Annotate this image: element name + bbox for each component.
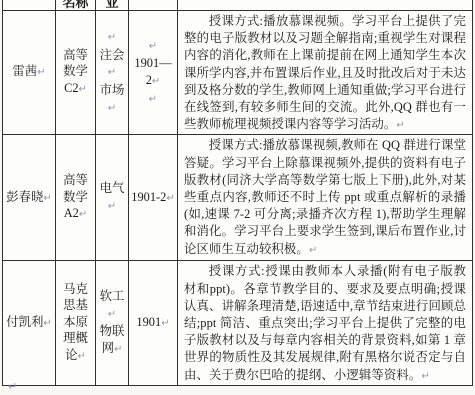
course-name-cell[interactable]: 高等 数学 A2↵ xyxy=(56,135,96,261)
major-cell[interactable]: 软工↵ 物联 网↵ xyxy=(96,261,129,385)
header-major-label: 业 xyxy=(105,0,118,10)
table-row: 彭春晓↵ 高等 数学 A2↵ 电气↵ 1901-2↵ 授课方式:播放慕课视频,教… xyxy=(3,135,473,261)
document-page: 名称 业 雷茜↵ 高等 数学 C2↵ ↵ 注会↵ 市场↵ ↵ 1901—2↵ ↵… xyxy=(0,0,475,395)
major-cell[interactable]: ↵ 注会↵ 市场↵ xyxy=(96,11,129,135)
class-cell[interactable]: 1901↵ xyxy=(129,261,178,385)
teaching-method-paragraph[interactable]: 授课方式:播放慕课视频。学习平台上提供了完整的电子版教材以及习题全解指南;重视学… xyxy=(184,13,466,134)
table-row: 雷茜↵ 高等 数学 C2↵ ↵ 注会↵ 市场↵ ↵ 1901—2↵ ↵ 授课方式… xyxy=(3,11,473,135)
table-row: 付凯利↵ 马克 思基 本原 理概 论↵ 软工↵ 物联 网↵ 1901↵ 授课方式… xyxy=(3,261,473,385)
teacher-name-cell[interactable]: 付凯利↵ xyxy=(3,261,56,385)
header-major-cell: 业 xyxy=(96,0,129,11)
teaching-method-cell[interactable]: 授课方式:授课由教师本人录播(附有电子版教材和ppt)。各章节教学目的、要求及要… xyxy=(178,261,473,385)
class-cell[interactable]: ↵ 1901—2↵ ↵ xyxy=(129,11,178,135)
header-course-label: 名称 xyxy=(62,0,88,10)
header-teacher-cell xyxy=(3,0,56,11)
teaching-method-paragraph[interactable]: 授课方式:授课由教师本人录播(附有电子版教材和ppt)。各章节教学目的、要求及要… xyxy=(184,263,466,384)
header-class-cell xyxy=(129,0,178,11)
table-header-row: 名称 业 xyxy=(3,0,473,11)
major-cell[interactable]: 电气↵ xyxy=(96,135,129,261)
teacher-name-cell[interactable]: 雷茜↵ xyxy=(3,11,56,135)
teaching-method-paragraph[interactable]: 授课方式:播放慕课视频,教师在 QQ 群进行课堂答疑。学习平台上除慕课视频外,提… xyxy=(184,137,466,258)
class-cell[interactable]: 1901-2↵ xyxy=(129,135,178,261)
teacher-name-cell[interactable]: 彭春晓↵ xyxy=(3,135,56,261)
course-evaluation-table: 名称 业 雷茜↵ 高等 数学 C2↵ ↵ 注会↵ 市场↵ ↵ 1901—2↵ ↵… xyxy=(2,0,473,386)
end-of-document-mark-icon: ↵ xyxy=(8,380,17,393)
teaching-method-cell[interactable]: 授课方式:播放慕课视频,教师在 QQ 群进行课堂答疑。学习平台上除慕课视频外,提… xyxy=(178,135,473,261)
header-course-cell: 名称 xyxy=(56,0,96,11)
course-name-cell[interactable]: 马克 思基 本原 理概 论↵ xyxy=(56,261,96,385)
teaching-method-cell[interactable]: 授课方式:播放慕课视频。学习平台上提供了完整的电子版教材以及习题全解指南;重视学… xyxy=(178,11,473,135)
header-description-cell xyxy=(178,0,473,11)
course-name-cell[interactable]: 高等 数学 C2↵ xyxy=(56,11,96,135)
